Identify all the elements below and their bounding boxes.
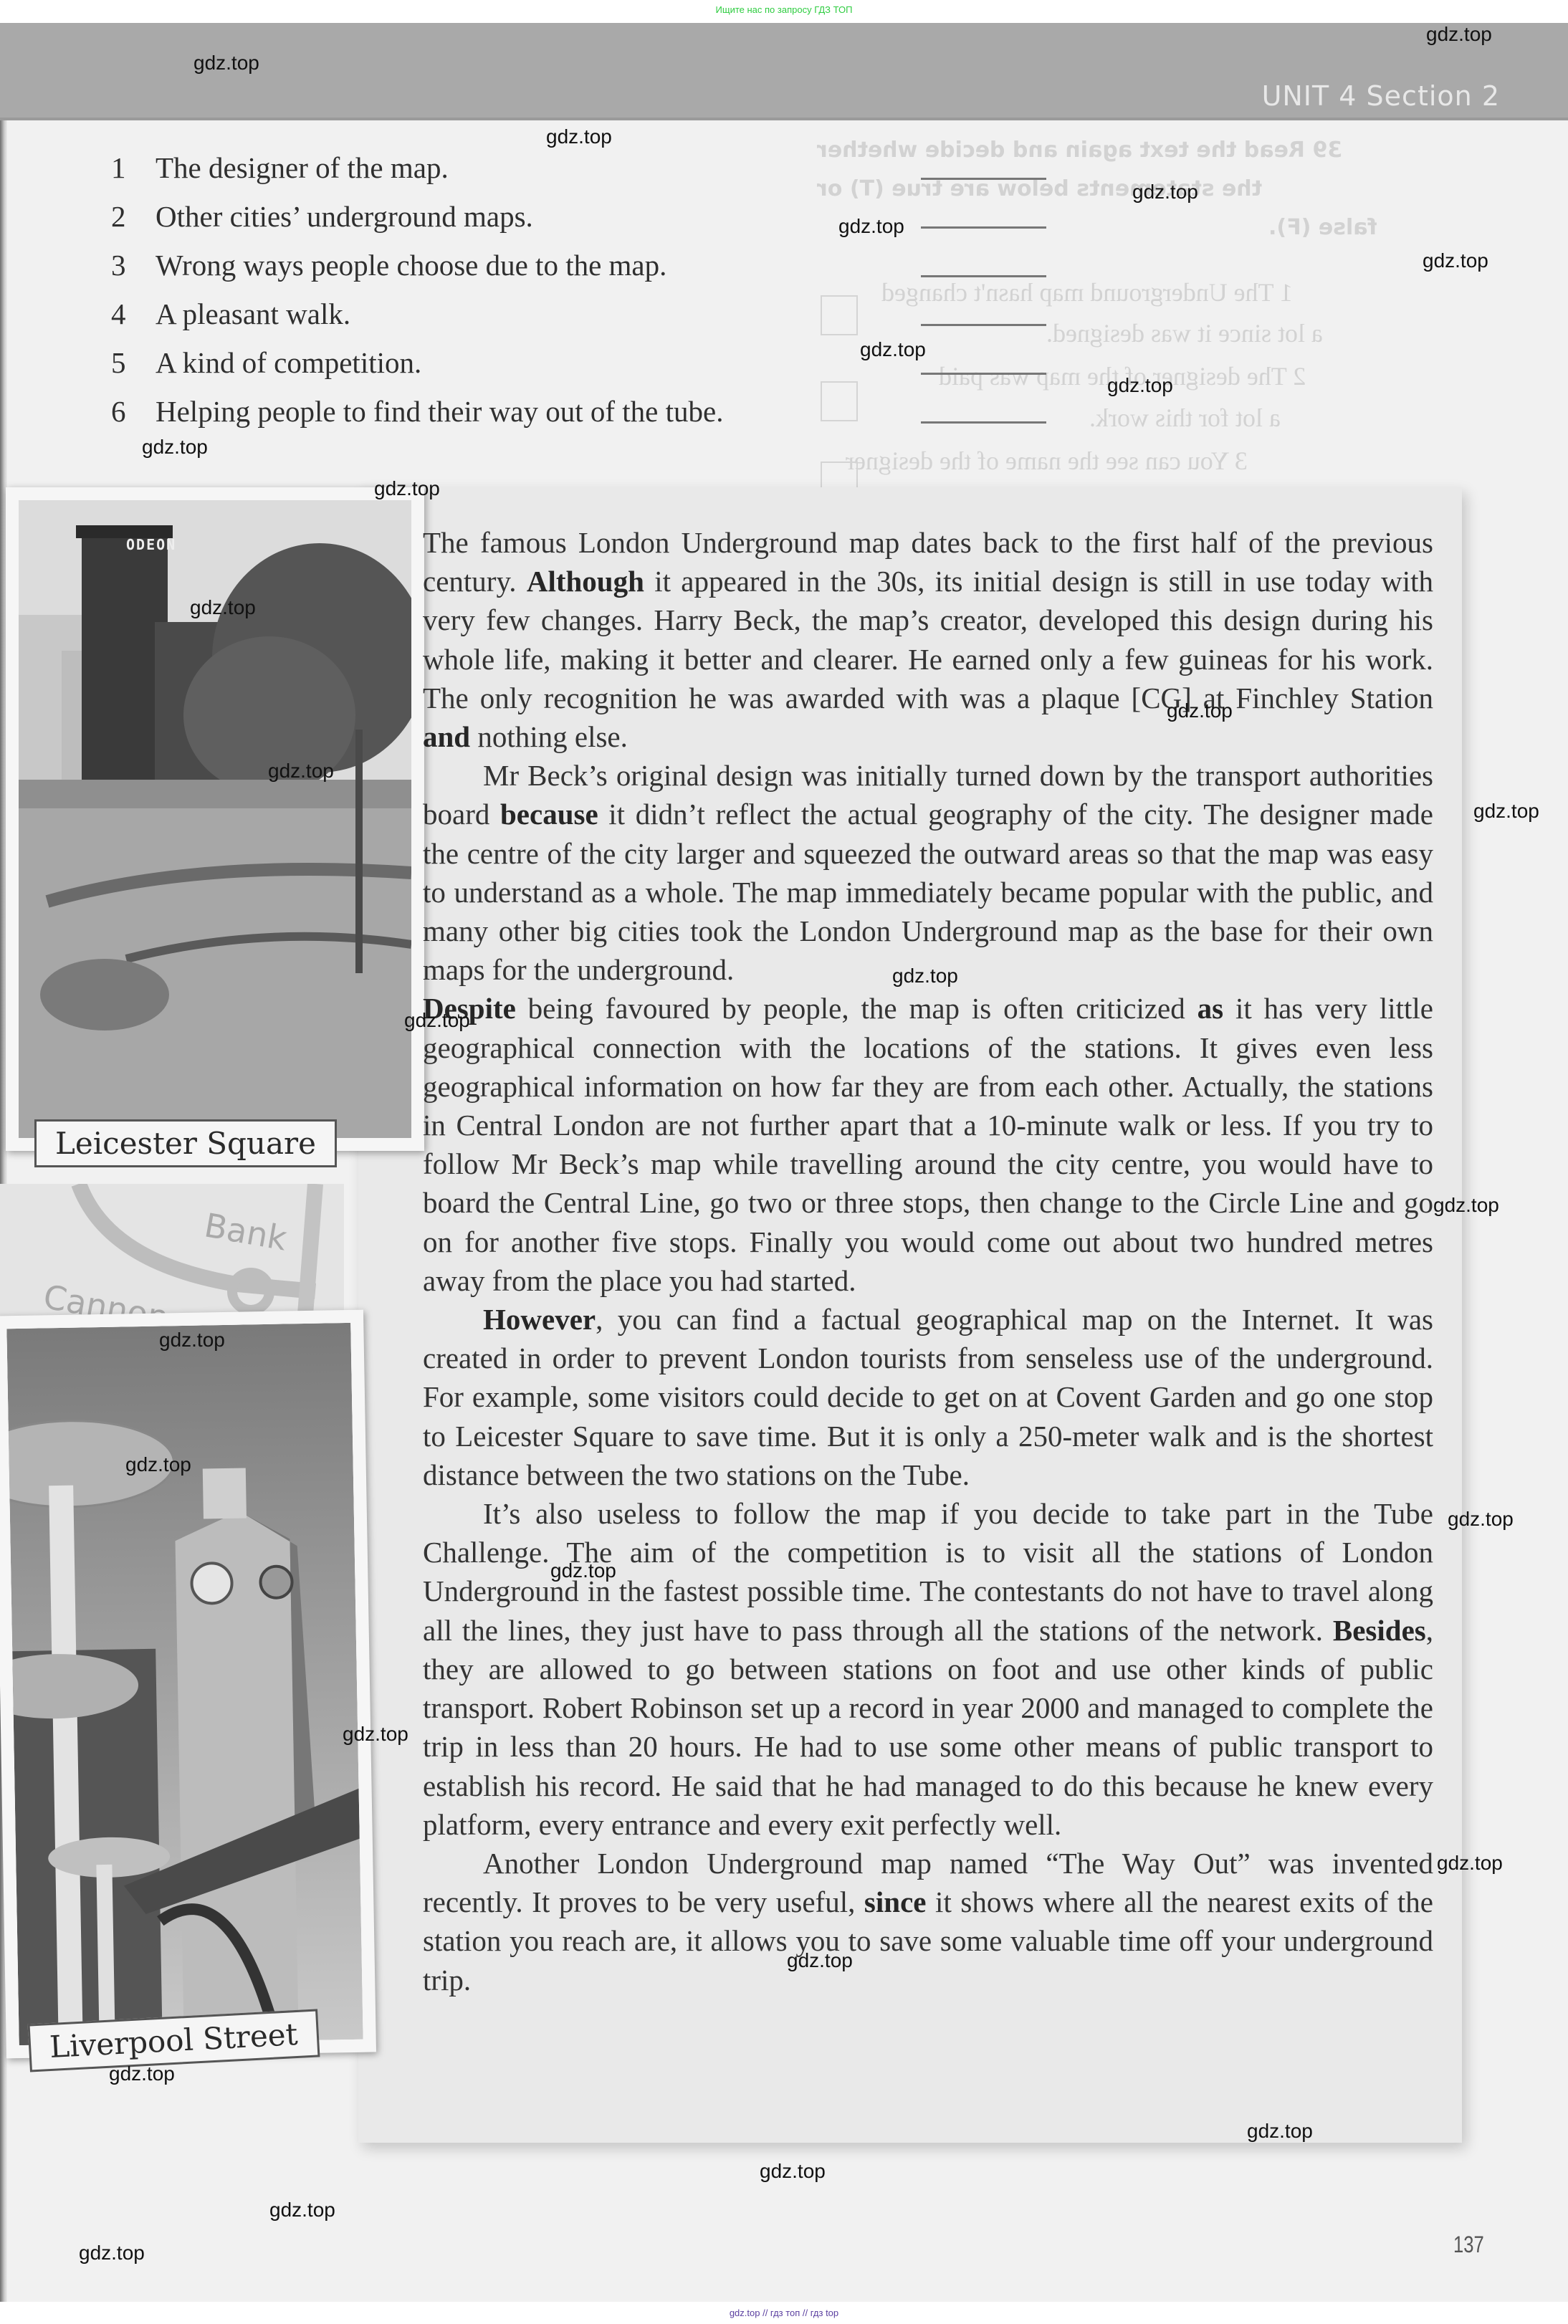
question-number: 3	[111, 248, 156, 282]
watermark: gdz.top	[142, 436, 208, 459]
text-run: being favoured by people, the map is oft…	[516, 992, 1197, 1025]
answer-blank[interactable]	[921, 324, 1046, 326]
matching-questions-list: 1 The designer of the map. 2 Other citie…	[111, 150, 1057, 443]
article-paragraph-5: It’s also useless to follow the map if y…	[423, 1494, 1433, 1844]
question-text: Wrong ways people choose due to the map.	[156, 248, 666, 282]
watermark: gdz.top	[159, 1329, 225, 1352]
answer-blank[interactable]	[921, 178, 1046, 180]
watermark: gdz.top	[1167, 699, 1233, 722]
watermark: gdz.top	[1426, 23, 1492, 46]
bleed-exercise-line3: false (F).	[1268, 215, 1377, 240]
article-paragraph-3: Despite being favoured by people, the ma…	[423, 989, 1433, 1300]
bleed-statement-1b: a lot since it was designed.	[1046, 318, 1323, 348]
liverpool-street-image	[6, 1323, 363, 2045]
question-number: 1	[111, 150, 156, 185]
footer-links-bar: gdz.top // гдз топ // гдз top	[0, 2302, 1568, 2324]
watermark: gdz.top	[125, 1453, 191, 1476]
watermark: gdz.top	[1473, 800, 1539, 823]
question-item: 6 Helping people to find their way out o…	[111, 394, 1057, 443]
watermark: gdz.top	[1247, 2120, 1313, 2143]
article-paragraph-4: However, you can find a factual geograph…	[423, 1300, 1433, 1494]
page-number: 137	[1453, 2232, 1484, 2258]
question-item: 2 Other cities’ underground maps.	[111, 199, 1057, 248]
textbook-page: UNIT 4 Section 2 39 Read the text again …	[0, 23, 1568, 2302]
watermark: gdz.top	[109, 2062, 175, 2085]
liverpool-street-illustration	[6, 1323, 363, 2045]
linking-word: Although	[527, 565, 644, 598]
watermark: gdz.top	[1423, 249, 1488, 272]
linking-word: Besides	[1333, 1614, 1426, 1647]
linking-word: and	[423, 720, 470, 753]
watermark: gdz.top	[374, 477, 440, 500]
watermark: gdz.top	[787, 1949, 853, 1972]
watermark: gdz.top	[1433, 1194, 1499, 1217]
linking-word: since	[864, 1885, 927, 1918]
caption-leicester-square: Leicester Square	[34, 1119, 337, 1167]
question-number: 6	[111, 394, 156, 429]
watermark: gdz.top	[190, 596, 256, 619]
text-run: nothing else.	[470, 720, 628, 753]
question-item: 3 Wrong ways people choose due to the ma…	[111, 248, 1057, 297]
photo-leicester-square: ODEON	[6, 487, 424, 1151]
watermark: gdz.top	[269, 2199, 335, 2222]
linking-word: However	[483, 1303, 596, 1336]
question-text: A pleasant walk.	[156, 297, 350, 331]
article-text: The famous London Underground map dates …	[423, 523, 1433, 1999]
answer-blank[interactable]	[921, 421, 1046, 424]
unit-section-label: UNIT 4 Section 2	[1262, 80, 1500, 112]
watermark: gdz.top	[860, 338, 926, 361]
promo-banner: Ищите нас по запросу ГДЗ ТОП	[0, 0, 1568, 23]
watermark: gdz.top	[760, 2160, 826, 2183]
watermark: gdz.top	[1437, 1852, 1503, 1875]
watermark: gdz.top	[1448, 1508, 1514, 1531]
question-text: Other cities’ underground maps.	[156, 199, 533, 234]
watermark: gdz.top	[343, 1723, 408, 1746]
question-text: The designer of the map.	[156, 150, 449, 185]
article-paragraph-2: Mr Beck’s original design was initially …	[423, 756, 1433, 989]
question-number: 5	[111, 345, 156, 380]
odeon-sign: ODEON	[126, 536, 176, 553]
watermark: gdz.top	[79, 2242, 145, 2265]
answer-blank[interactable]	[921, 373, 1046, 375]
question-text: A kind of competition.	[156, 345, 421, 380]
watermark: gdz.top	[404, 1009, 470, 1032]
bleed-statement-3a: 3 You can see the name of the designer	[846, 446, 1248, 476]
bleed-statement-2b: a lot for this work.	[1089, 403, 1281, 433]
watermark: gdz.top	[550, 1559, 616, 1582]
watermark: gdz.top	[268, 760, 334, 783]
question-number: 4	[111, 297, 156, 331]
watermark: gdz.top	[838, 215, 904, 238]
linking-word: as	[1197, 992, 1223, 1025]
answer-blank[interactable]	[921, 226, 1046, 229]
photo-liverpool-street	[0, 1310, 376, 2059]
watermark: gdz.top	[892, 965, 958, 988]
watermark: gdz.top	[546, 125, 612, 148]
text-run: , they are allowed to go between station…	[423, 1614, 1433, 1841]
question-item: 1 The designer of the map.	[111, 150, 1057, 199]
promo-banner-text: Ищите нас по запросу ГДЗ ТОП	[716, 4, 853, 15]
article-paragraph-1: The famous London Underground map dates …	[423, 523, 1433, 756]
watermark: gdz.top	[1107, 374, 1173, 397]
answer-blank[interactable]	[921, 275, 1046, 277]
question-number: 2	[111, 199, 156, 234]
footer-links-text[interactable]: gdz.top // гдз топ // гдз top	[730, 2308, 838, 2318]
text-run: it has very little geographical connecti…	[423, 992, 1433, 1296]
watermark: gdz.top	[1132, 181, 1198, 204]
question-text: Helping people to find their way out of …	[156, 394, 723, 429]
article-paragraph-6: Another London Underground map named “Th…	[423, 1844, 1433, 1999]
watermark: gdz.top	[193, 52, 259, 75]
linking-word: because	[500, 798, 598, 831]
